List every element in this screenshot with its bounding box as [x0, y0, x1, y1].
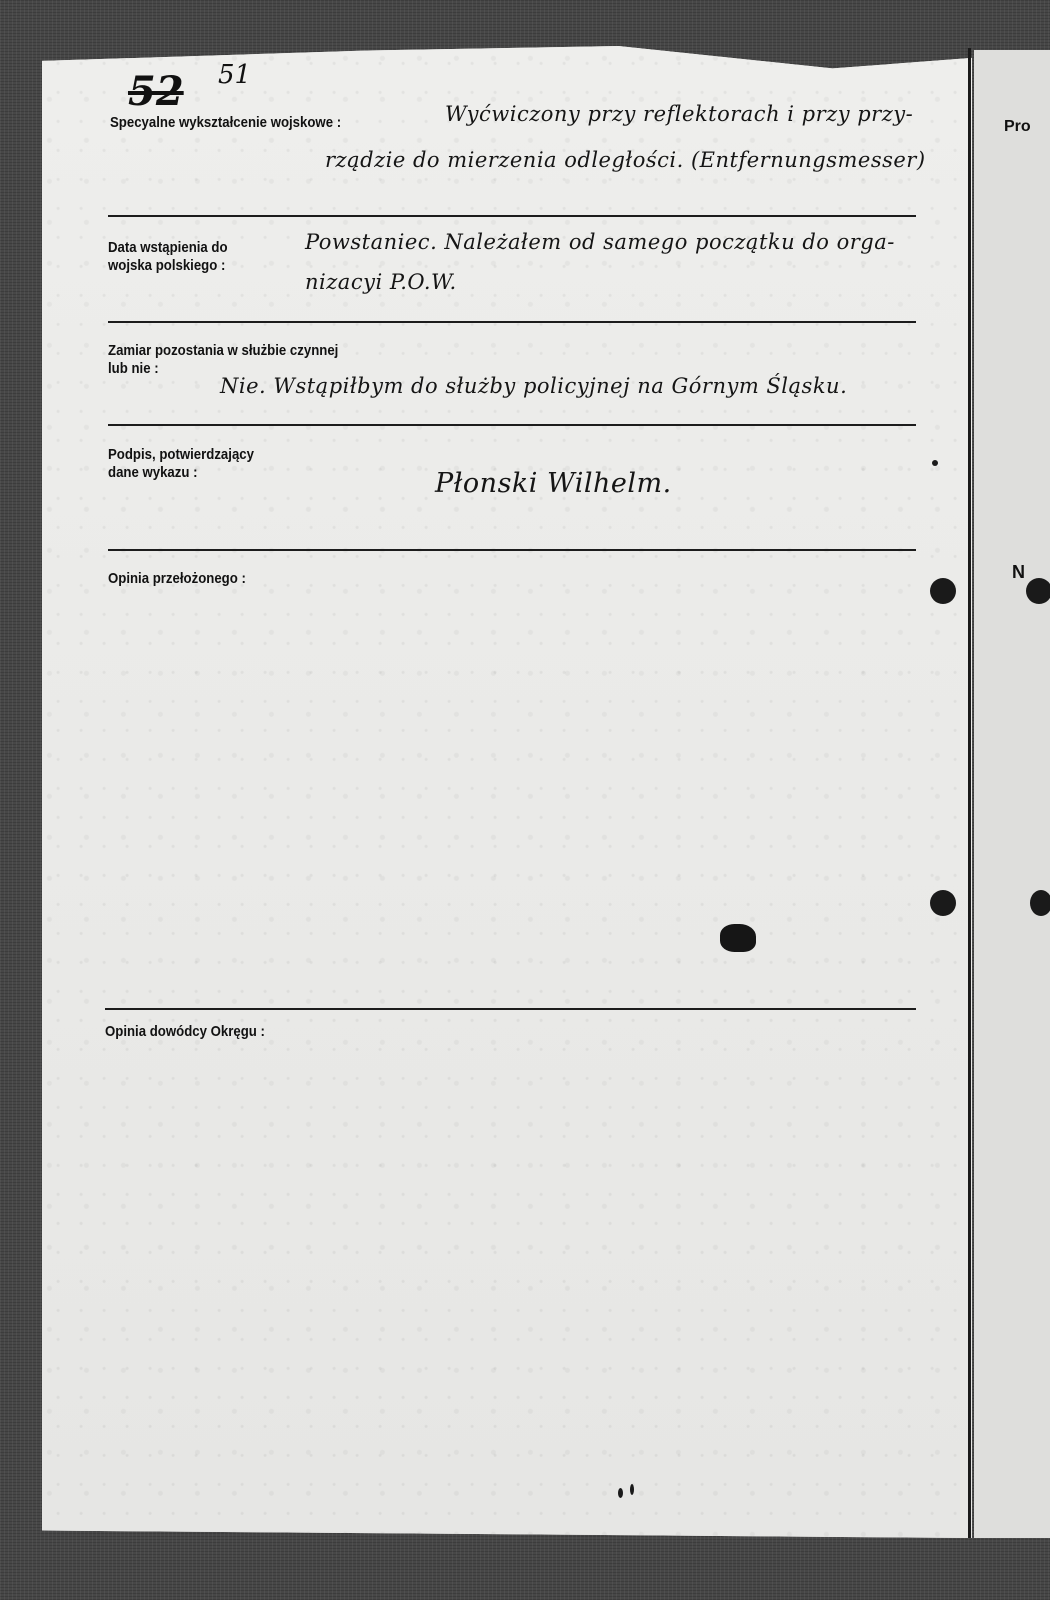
field-label-service-intent: Zamiar pozostania w służbie czynnej — [108, 342, 338, 359]
field-value-enlistment-line2: nizacyi P.O.W. — [305, 270, 457, 294]
field-label-signature: Podpis, potwierdzający — [108, 446, 254, 463]
stamped-page-number: 52 — [128, 68, 184, 115]
field-label-service-intent-line2: lub nie : — [108, 360, 159, 377]
field-label-district-commander-opinion: Opinia dowódcy Okręgu : — [105, 1023, 265, 1040]
field-value-military-training-line1: Wyćwiczony przy reflektorach i przy przy… — [445, 102, 913, 126]
adjacent-page-fragment: N — [1012, 562, 1025, 583]
punch-hole — [930, 890, 956, 916]
ink-speck — [618, 1488, 623, 1498]
punch-hole — [930, 578, 956, 604]
section-divider — [108, 424, 916, 426]
handwritten-page-number: 51 — [218, 60, 251, 90]
punch-hole — [1026, 578, 1050, 604]
section-divider — [105, 1008, 916, 1010]
punch-hole — [1030, 890, 1050, 916]
ink-speck — [932, 460, 938, 466]
field-label-enlistment-date-line2: wojska polskiego : — [108, 257, 225, 274]
field-label-signature-line2: dane wykazu : — [108, 464, 197, 481]
signature: Płonski Wilhelm. — [435, 468, 672, 499]
section-divider — [108, 549, 916, 551]
field-label-military-training: Specyalne wykształcenie wojskowe : — [110, 114, 341, 131]
field-value-service-intent: Nie. Wstąpiłbym do służby policyjnej na … — [220, 374, 847, 398]
ink-blot — [720, 924, 756, 952]
page-fold-line — [968, 48, 971, 1538]
field-label-enlistment-date: Data wstąpienia do — [108, 239, 228, 256]
field-value-military-training-line2: rządzie do mierzenia odległości. (Entfer… — [325, 148, 926, 172]
adjacent-page — [974, 50, 1050, 1538]
field-label-superior-opinion: Opinia przełożonego : — [108, 570, 246, 587]
ink-speck — [630, 1484, 634, 1495]
adjacent-page-fragment: Pro — [1004, 118, 1031, 136]
field-value-enlistment-line1: Powstaniec. Należałem od samego początku… — [305, 230, 895, 254]
section-divider — [108, 321, 916, 323]
section-divider — [108, 215, 916, 217]
